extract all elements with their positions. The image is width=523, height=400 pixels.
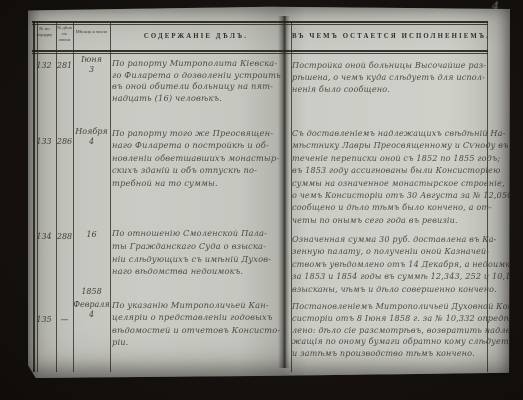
entry-date-month: Февраля: [73, 300, 110, 310]
handwritten-line: систоріи отъ 8 Іюня 1858 г. за № 10,332 …: [292, 313, 490, 325]
handwritten-line: наго вѣдомства недоимокъ.: [112, 265, 282, 278]
entry-delo: 288: [55, 232, 74, 241]
entry-content: По рапорту того же Преосвящен- наго Фила…: [112, 127, 282, 189]
entry-content: По указанію Митрополичьей Кан- целяріи о…: [112, 299, 282, 349]
handwritten-line: Постановленіемъ Митрополичьей Духовной К…: [292, 301, 490, 313]
column-header-no-delo: № дѣла по описи: [56, 25, 73, 43]
handwritten-line: По отношенію Смоленской Пала-: [112, 227, 282, 240]
handwritten-line: По рапорту того же Преосвящен-: [112, 127, 282, 139]
entry-no: 135: [32, 315, 56, 324]
handwritten-line: о чемъ Консисторіи отъ 30 Августа за № 1…: [292, 189, 490, 201]
handwritten-line: ненія было сообщено.: [292, 83, 490, 95]
handwritten-line: Съ доставленіемъ надлежащихъ свѣдѣній На…: [292, 127, 490, 139]
entry-no: 134: [32, 232, 56, 241]
handwritten-line: за 1853 и 1854 годы въ суммѣ 12,343, 252…: [292, 270, 490, 282]
header-rule: [32, 53, 488, 54]
entry-date: 1858 Февраля 4: [73, 287, 110, 320]
handwritten-line: требной на то суммы.: [112, 177, 282, 189]
handwritten-line: ты Гражданскаго Суда о взыска-: [112, 240, 282, 253]
handwritten-line: сообщено и дѣло тѣмъ было кончено, а от-: [292, 201, 490, 213]
handwritten-line: въ оной обители больницу на пят-: [112, 81, 282, 93]
handwritten-line: теченіе переписки оной съ 1852 по 1855 г…: [292, 152, 490, 164]
entry-date-month: Іюня: [73, 55, 110, 65]
handwritten-line: По рапорту Митрополита Кіевска-: [112, 58, 282, 70]
handwritten-line: въ 1853 году ассигнованы были Консисторі…: [292, 164, 490, 176]
handwritten-line: надцать (16) человѣкъ.: [112, 93, 282, 105]
entry-no: 133: [32, 137, 56, 146]
handwritten-line: Постройка оной больницы Высочайше раз-: [292, 59, 490, 71]
entry-resolution: Съ доставленіемъ надлежащихъ свѣдѣній На…: [292, 127, 490, 226]
handwritten-line: зенную палату, о полученіи оной Казначей…: [292, 245, 490, 257]
entry-resolution: Означенная сумма 30 руб. доставлена въ К…: [292, 233, 490, 295]
entry-date: Ноября 4: [73, 127, 110, 147]
entry-delo: 281: [55, 61, 74, 70]
handwritten-line: взысканы, чѣмъ и дѣло совершенно кончено…: [292, 283, 490, 295]
entry-date-year: 1858: [73, 287, 110, 297]
entry-no: 132: [32, 61, 56, 70]
handwritten-line: четы по онымъ сего года въ ревизіи.: [292, 214, 490, 226]
page-corner-number: 4: [492, 0, 499, 13]
handwritten-line: скихъ зданій и объ отпускѣ по-: [112, 164, 282, 176]
book-spread: № по порядку № дѣла по описи Мѣсяцъ и чи…: [28, 6, 510, 378]
resolution-header: ВЪ ЧЕМЪ ОСТАЕТСЯ ИСПОЛНЕНІЕМЪ.: [292, 33, 488, 40]
entry-date: 16: [73, 230, 110, 240]
handwritten-line: ствомъ увѣдомлено отъ 14 Декабря, а недо…: [292, 258, 490, 270]
register-photo: № по порядку № дѣла по описи Мѣсяцъ и чи…: [0, 0, 523, 400]
handwritten-line: новленіи обветшавшихъ монастыр-: [112, 152, 282, 164]
entry-delo: 286: [55, 137, 74, 146]
header-rule: [32, 24, 488, 25]
entry-resolution: Постановленіемъ Митрополичьей Духовной К…: [292, 301, 490, 360]
column-rule: [110, 21, 111, 372]
handwritten-line: По указанію Митрополичьей Кан-: [112, 299, 282, 311]
content-header: СОДЕРЖАНІЕ ДѢЛЪ.: [110, 33, 282, 40]
handwritten-line: наго Филарета о постройкѣ и об-: [112, 139, 282, 151]
handwritten-line: рѣшена, о чемъ куда слѣдуетъ для испол-: [292, 71, 490, 83]
entry-date-month: Ноября: [73, 127, 110, 137]
header-rule: [32, 50, 488, 52]
entry-delo: —: [55, 315, 74, 324]
handwritten-line: ріи.: [112, 336, 282, 348]
entry-content: По отношенію Смоленской Пала- ты Граждан…: [112, 227, 282, 278]
handwritten-line: вѣдомостей и отчетовъ Консисто-: [112, 324, 282, 336]
entry-content: По рапорту Митрополита Кіевска- го Филар…: [112, 58, 282, 104]
handwritten-line: суммы на означенное монастырское строені…: [292, 177, 490, 189]
handwritten-line: целяріи о представленіи годовыхъ: [112, 311, 282, 323]
handwritten-line: жащія по оному бумаги обратно кому слѣду…: [292, 336, 490, 348]
handwritten-line: мѣстнику Лавры Преосвященному и Сѵноду в…: [292, 139, 490, 151]
handwritten-line: лено: дѣло сіе разсмотрѣвъ, возвратить н…: [292, 325, 490, 337]
column-header-date: Мѣсяцъ и число: [73, 29, 110, 35]
handwritten-line: го Филарета о дозволеніи устроить: [112, 70, 282, 82]
entry-date-day: 4: [73, 137, 110, 147]
entry-resolution: Постройка оной больницы Высочайше раз- р…: [292, 59, 490, 95]
entry-date: Іюня 3: [73, 55, 110, 75]
handwritten-line: Означенная сумма 30 руб. доставлена въ К…: [292, 233, 490, 245]
column-header-no-order: № по порядку: [33, 26, 56, 38]
entry-date-day: 4: [73, 310, 110, 320]
header-rule: [32, 21, 488, 23]
handwritten-line: и затѣмъ производство тѣмъ кончено.: [292, 348, 490, 360]
entry-date-day: 3: [73, 65, 110, 75]
handwritten-line: ніи слѣдующихъ съ имѣній Духов-: [112, 253, 282, 266]
entry-date-day: 16: [73, 230, 110, 240]
